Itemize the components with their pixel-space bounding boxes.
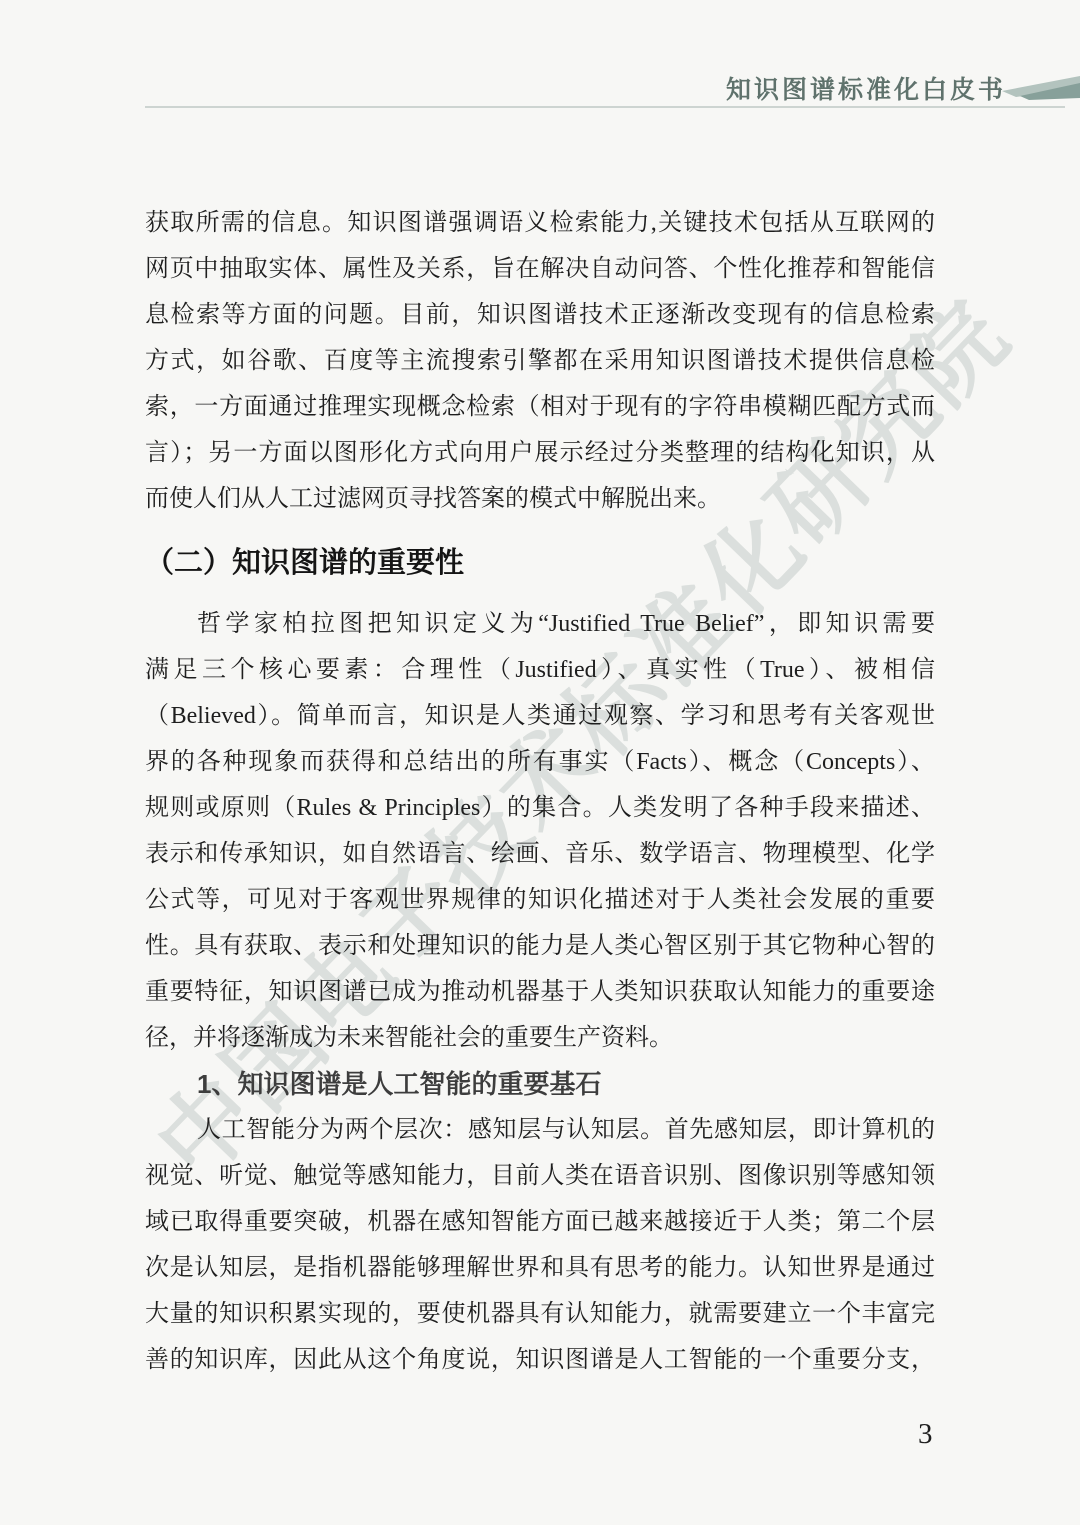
body-line: 索，一方面通过推理实现概念检索（相对于现有的字符串模糊匹配方式而 [145, 384, 935, 430]
body-line: 网页中抽取实体、属性及关系，旨在解决自动问答、个性化推荐和智能信 [145, 246, 935, 292]
body-line: 善的知识库，因此从这个角度说，知识图谱是人工智能的一个重要分支， [145, 1337, 935, 1383]
body-line: 公式等，可见对于客观世界规律的知识化描述对于人类社会发展的重要 [145, 877, 935, 923]
document-page: 中国电子技术标准化研究院 知识图谱标准化白皮书 获取所需的信息。知识图谱强调语义… [0, 0, 1080, 1525]
body-line: 视觉、听觉、触觉等感知能力，目前人类在语音识别、图像识别等感知领 [145, 1153, 935, 1199]
header-divider-line [145, 106, 1065, 108]
body-line: 规则或原则（Rules & Principles）的集合。人类发明了各种手段来描… [145, 785, 935, 831]
body-line: 言）；另一方面以图形化方式向用户展示经过分类整理的结构化知识，从 [145, 430, 935, 476]
body-line: 性。具有获取、表示和处理知识的能力是人类心智区别于其它物种心智的 [145, 923, 935, 969]
body-line: 获取所需的信息。知识图谱强调语义检索能力,关键技术包括从互联网的 [145, 200, 935, 246]
header-title: 知识图谱标准化白皮书 [726, 70, 1006, 106]
body-line: 表示和传承知识，如自然语言、绘画、音乐、数学语言、物理模型、化学 [145, 831, 935, 877]
header-swoosh-decoration [1002, 74, 1080, 108]
body-line: 而使人们从人工过滤网页寻找答案的模式中解脱出来。 [145, 476, 935, 522]
body-line: 息检索等方面的问题。目前，知识图谱技术正逐渐改变现有的信息检索 [145, 292, 935, 338]
body-line: 人工智能分为两个层次：感知层与认知层。首先感知层，即计算机的 [145, 1107, 935, 1153]
body-line: 界的各种现象而获得和总结出的所有事实（Facts）、概念（Concepts）、 [145, 739, 935, 785]
paragraph-1: 获取所需的信息。知识图谱强调语义检索能力,关键技术包括从互联网的 网页中抽取实体… [145, 200, 935, 522]
paragraph-3: 人工智能分为两个层次：感知层与认知层。首先感知层，即计算机的 视觉、听觉、触觉等… [145, 1107, 935, 1383]
paragraph-2: 哲学家柏拉图把知识定义为“Justified True Belief”，即知识需… [145, 601, 935, 1061]
sub-heading: 1、知识图谱是人工智能的重要基石 [145, 1061, 935, 1107]
body-line: 重要特征，知识图谱已成为推动机器基于人类知识获取认知能力的重要途 [145, 969, 935, 1015]
body-line: （Believed）。简单而言，知识是人类通过观察、学习和思考有关客观世 [145, 693, 935, 739]
page-number: 3 [918, 1418, 933, 1451]
body-line: 域已取得重要突破，机器在感知智能方面已越来越接近于人类；第二个层 [145, 1199, 935, 1245]
body-line: 满足三个核心要素：合理性（Justified）、真实性（True）、被相信 [145, 647, 935, 693]
section-heading: （二）知识图谱的重要性 [145, 540, 935, 586]
body-line: 大量的知识积累实现的，要使机器具有认知能力，就需要建立一个丰富完 [145, 1291, 935, 1337]
body-line: 哲学家柏拉图把知识定义为“Justified True Belief”，即知识需… [145, 601, 935, 647]
page-body: 获取所需的信息。知识图谱强调语义检索能力,关键技术包括从互联网的 网页中抽取实体… [145, 200, 935, 1383]
body-line: 径，并将逐渐成为未来智能社会的重要生产资料。 [145, 1015, 935, 1061]
body-line: 次是认知层，是指机器能够理解世界和具有思考的能力。认知世界是通过 [145, 1245, 935, 1291]
body-line: 方式，如谷歌、百度等主流搜索引擎都在采用知识图谱技术提供信息检 [145, 338, 935, 384]
